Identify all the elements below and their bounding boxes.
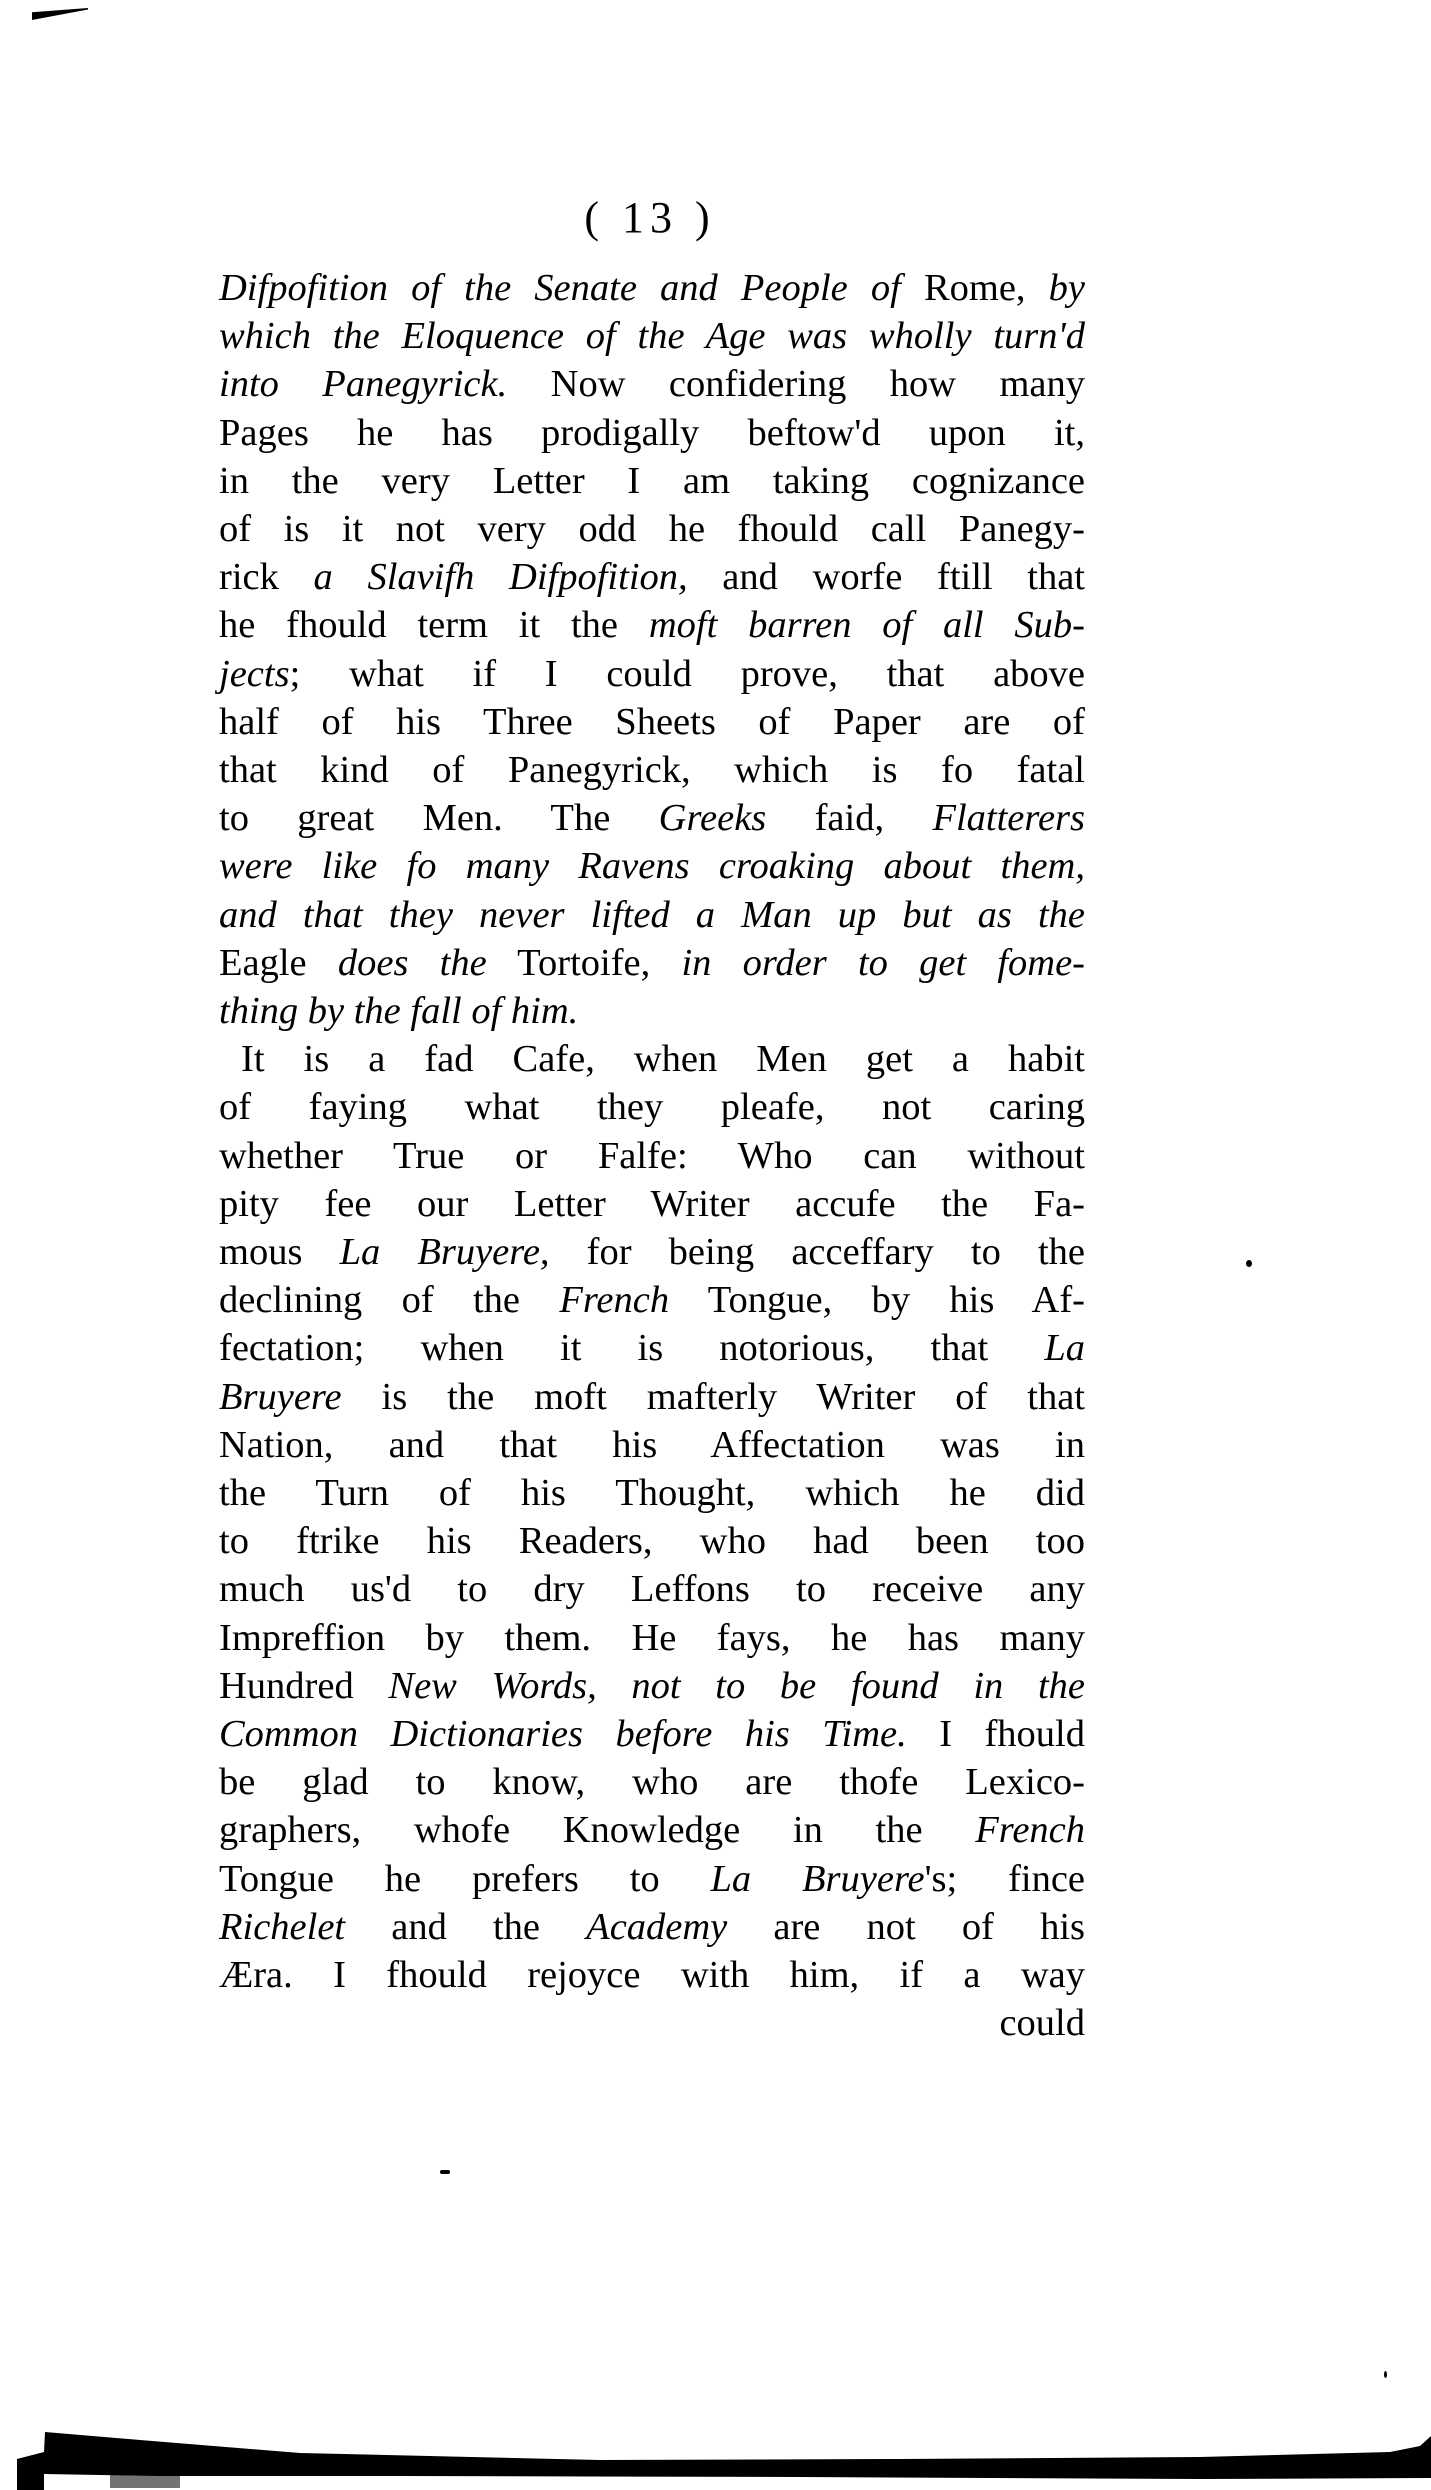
roman-run: to ftrike his Readers, who had been too — [219, 1520, 1085, 1562]
text-line: he fhould term it the moft barren of all… — [219, 601, 1085, 649]
text-line: in the very Letter I am taking cognizanc… — [219, 457, 1085, 505]
italic-run: Richelet — [219, 1906, 345, 1948]
text-line: Pages he has prodigally beftow'd upon it… — [219, 409, 1085, 457]
italic-run: moft barren of all Sub- — [649, 604, 1085, 646]
roman-run: for being acceffary to the — [550, 1231, 1085, 1273]
scan-corner-mark — [32, 8, 88, 20]
text-line: Difpofition of the Senate and People of … — [219, 264, 1085, 312]
text-line: whether True or Falfe: Who can without — [219, 1132, 1085, 1180]
text-line: Nation, and that his Affectation was in — [219, 1421, 1085, 1469]
roman-run: Impreffion by them. He fays, he has many — [219, 1617, 1085, 1659]
text-line: Bruyere is the moft mafterly Writer of t… — [219, 1373, 1085, 1421]
roman-run: is the moft mafterly Writer of that — [342, 1376, 1085, 1418]
text-line: of faying what they pleafe, not caring — [219, 1083, 1085, 1131]
roman-run: pity fee our Letter Writer accufe the Fa… — [219, 1183, 1085, 1225]
italic-run: which the Eloquence of the Age was wholl… — [219, 315, 1085, 357]
roman-run: much us'd to dry Leffons to receive any — [219, 1568, 1085, 1610]
roman-run: Tortoife, — [487, 942, 682, 984]
italic-run: a Slavifh Difpofition, — [314, 556, 688, 598]
text-line: graphers, whofe Knowledge in the French — [219, 1806, 1085, 1854]
italic-run: New Words, not to be found in the — [388, 1665, 1085, 1707]
roman-run: he fhould term it the — [219, 604, 649, 646]
roman-run: that kind of Panegyrick, which is fo fat… — [219, 749, 1085, 791]
roman-run: of faying what they pleafe, not caring — [219, 1086, 1085, 1128]
italic-run: La — [1044, 1327, 1085, 1369]
roman-run: Tongue he prefers to — [219, 1858, 711, 1900]
roman-run: mous — [219, 1231, 340, 1273]
roman-run: be glad to know, who are thofe Lexico- — [219, 1761, 1085, 1803]
roman-run: It is a fad Cafe, when Men get a habit — [241, 1038, 1085, 1080]
book-page: ( 13 ) Difpofition of the Senate and Peo… — [0, 0, 1431, 2490]
text-line: pity fee our Letter Writer accufe the Fa… — [219, 1180, 1085, 1228]
italic-run: in order to get fome- — [681, 942, 1085, 984]
roman-run: Nation, and that his Affectation was in — [219, 1424, 1085, 1466]
roman-run: whether True or Falfe: Who can without — [219, 1135, 1085, 1177]
italic-run: La Bruyere — [711, 1858, 925, 1900]
roman-run: and worfe ftill that — [688, 556, 1085, 598]
italic-run: French — [975, 1809, 1085, 1851]
scan-bottom-edge — [0, 2420, 1431, 2490]
text-line: be glad to know, who are thofe Lexico- — [219, 1758, 1085, 1806]
text-line: fectation; when it is notorious, that La — [219, 1324, 1085, 1372]
text-line: Richelet and the Academy are not of his — [219, 1903, 1085, 1951]
italic-run: Bruyere — [219, 1376, 342, 1418]
italic-run: Common Dictionaries before his Time. — [219, 1713, 907, 1755]
ink-speck — [1246, 1260, 1252, 1267]
text-line: Common Dictionaries before his Time. I f… — [219, 1710, 1085, 1758]
roman-run: Tongue, by his Af- — [669, 1279, 1085, 1321]
text-line: half of his Three Sheets of Paper are of — [219, 698, 1085, 746]
roman-run: 's; fince — [925, 1858, 1085, 1900]
roman-run: and the — [345, 1906, 586, 1948]
italic-run: jects — [219, 653, 290, 695]
text-line: jects; what if I could prove, that above — [219, 650, 1085, 698]
roman-run: Eagle — [219, 942, 338, 984]
roman-run: Now confidering how many — [507, 363, 1085, 405]
text-line: rick a Slavifh Difpofition, and worfe ft… — [219, 553, 1085, 601]
roman-run: faid, — [766, 797, 932, 839]
roman-run: half of his Three Sheets of Paper are of — [219, 701, 1085, 743]
text-line: of is it not very odd he fhould call Pan… — [219, 505, 1085, 553]
text-line: into Panegyrick. Now confidering how man… — [219, 360, 1085, 408]
text-line: Hundred New Words, not to be found in th… — [219, 1662, 1085, 1710]
italic-run: and that they never lifted a Man up but … — [219, 894, 1085, 936]
roman-run: ; what if I could prove, that above — [290, 653, 1085, 695]
text-line: Impreffion by them. He fays, he has many — [219, 1614, 1085, 1662]
italic-run: thing by the fall of him. — [219, 990, 578, 1032]
italic-run: does the — [338, 942, 487, 984]
roman-run: declining of the — [219, 1279, 559, 1321]
italic-run: Difpofition of the Senate and People of — [219, 267, 901, 309]
text-line: much us'd to dry Leffons to receive any — [219, 1565, 1085, 1613]
text-line: which the Eloquence of the Age was wholl… — [219, 312, 1085, 360]
ink-speck — [1384, 2371, 1387, 2378]
text-line: that kind of Panegyrick, which is fo fat… — [219, 746, 1085, 794]
text-line: mous La Bruyere, for being acceffary to … — [219, 1228, 1085, 1276]
text-line: to ftrike his Readers, who had been too — [219, 1517, 1085, 1565]
roman-run: fectation; when it is notorious, that — [219, 1327, 1044, 1369]
text-line: to great Men. The Greeks faid, Flatterer… — [219, 794, 1085, 842]
text-line: were like fo many Ravens croaking about … — [219, 842, 1085, 890]
roman-run: are not of his — [727, 1906, 1085, 1948]
roman-run: the Turn of his Thought, which he did — [219, 1472, 1085, 1514]
roman-run: of is it not very odd he fhould call Pan… — [219, 508, 1085, 550]
italic-run: by — [1026, 267, 1085, 309]
roman-run: rick — [219, 556, 314, 598]
text-line: Æra. I fhould rejoyce with him, if a way — [219, 1951, 1085, 1999]
roman-run: graphers, whofe Knowledge in the — [219, 1809, 975, 1851]
text-line: Eagle does the Tortoife, in order to get… — [219, 939, 1085, 987]
italic-run: Greeks — [659, 797, 767, 839]
italic-run: Flatterers — [932, 797, 1085, 839]
roman-run: I fhould — [907, 1713, 1085, 1755]
text-line: the Turn of his Thought, which he did — [219, 1469, 1085, 1517]
italic-run: French — [559, 1279, 669, 1321]
text-line: and that they never lifted a Man up but … — [219, 891, 1085, 939]
roman-run: to great Men. The — [219, 797, 659, 839]
roman-run: Rome, — [901, 267, 1026, 309]
text-line: It is a fad Cafe, when Men get a habit — [219, 1035, 1085, 1083]
roman-run: Pages he has prodigally beftow'd upon it… — [219, 412, 1085, 454]
ink-speck — [440, 2170, 450, 2174]
roman-run: Hundred — [219, 1665, 388, 1707]
page-number: ( 13 ) — [560, 188, 740, 248]
italic-run: La Bruyere, — [340, 1231, 550, 1273]
catchword: could — [219, 1999, 1085, 2047]
italic-run: Academy — [586, 1906, 727, 1948]
text-line: declining of the French Tongue, by his A… — [219, 1276, 1085, 1324]
text-line: thing by the fall of him. — [219, 987, 1085, 1035]
italic-run: were like fo many Ravens croaking about … — [219, 845, 1085, 887]
roman-run: in the very Letter I am taking cognizanc… — [219, 460, 1085, 502]
italic-run: into Panegyrick. — [219, 363, 507, 405]
roman-run: Æra. I fhould rejoyce with him, if a way — [219, 1954, 1085, 1996]
text-line: Tongue he prefers to La Bruyere's; fince — [219, 1855, 1085, 1903]
